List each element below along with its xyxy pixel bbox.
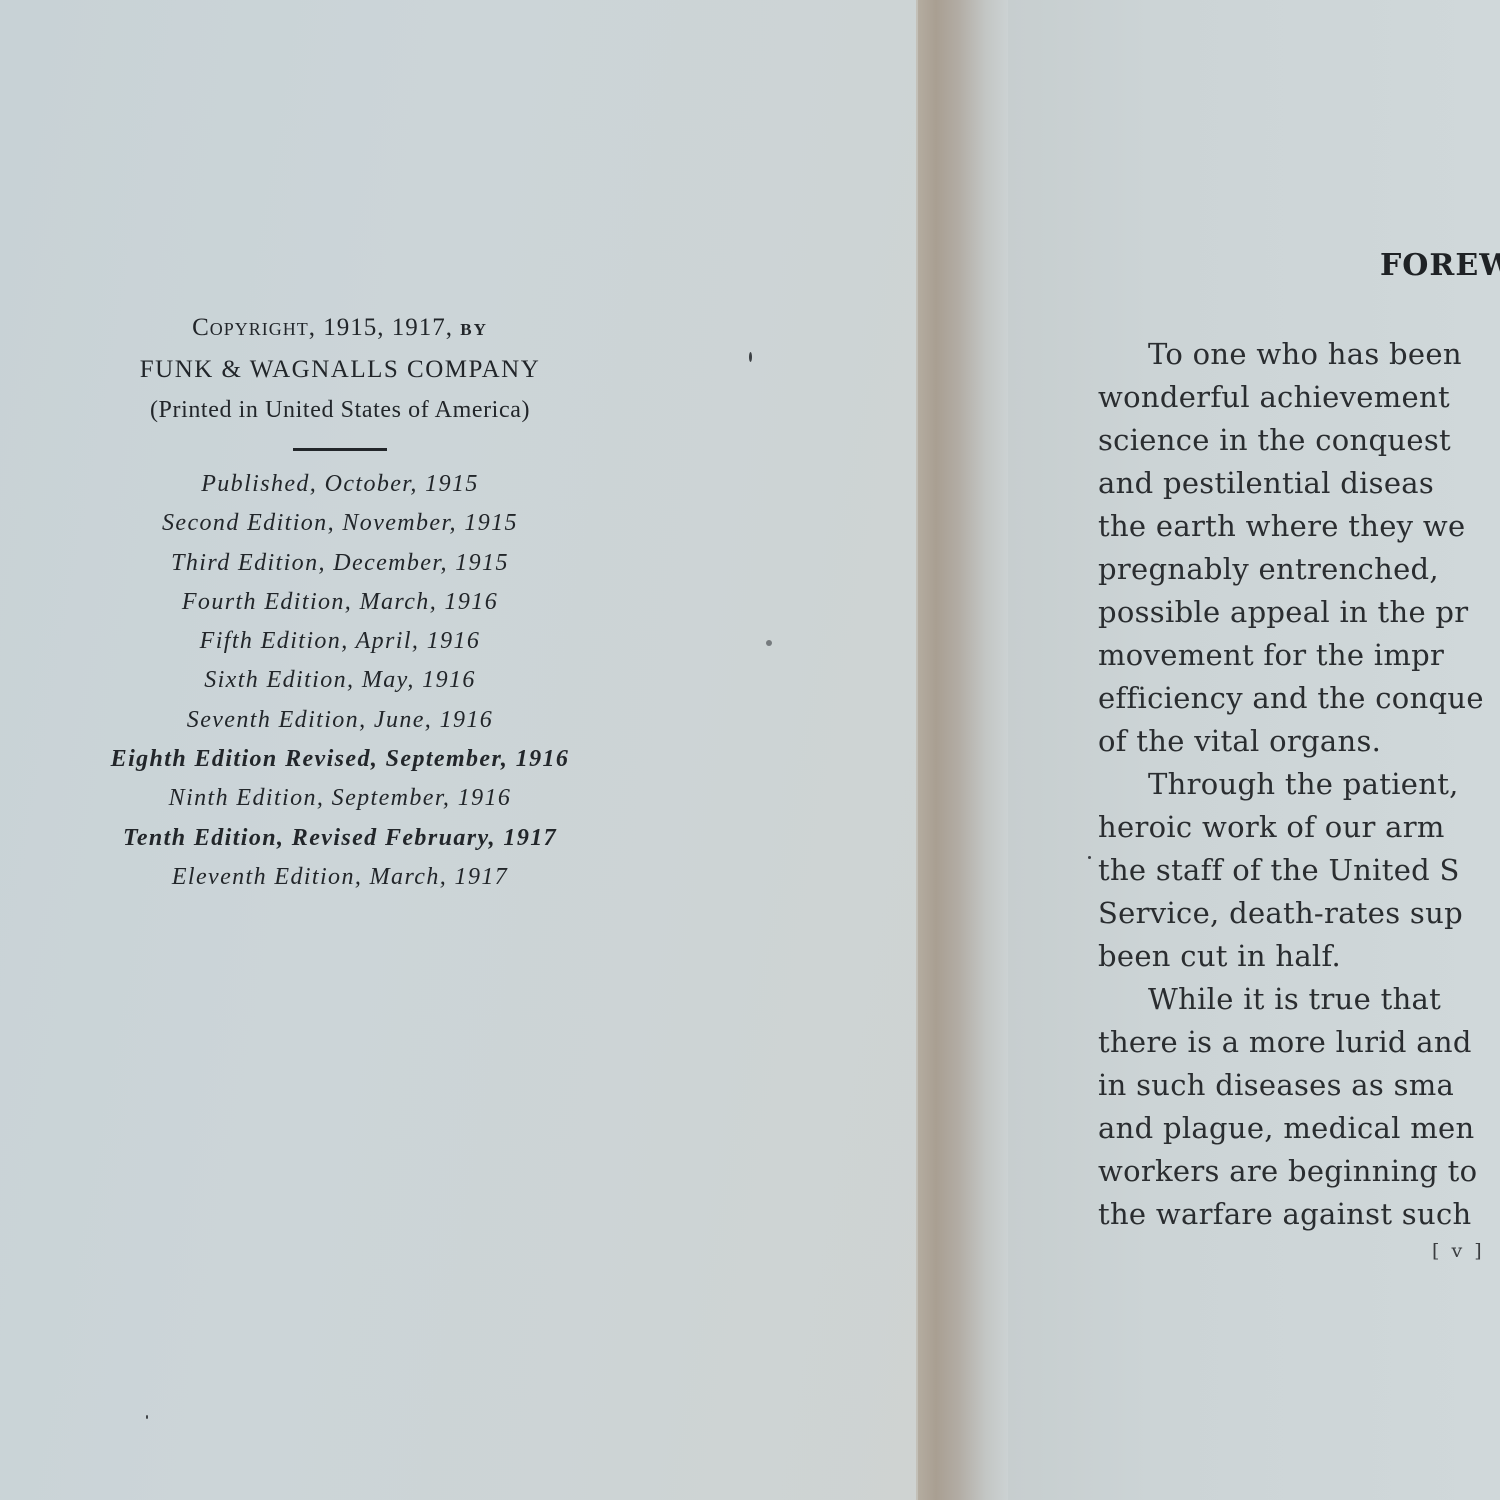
copyright-label: Copyright, (192, 314, 316, 341)
foreword-line: efficiency and the conque (1098, 677, 1500, 720)
foreword-line: the earth where they we (1098, 505, 1500, 548)
foreword-line: in such diseases as sma (1098, 1064, 1500, 1107)
foreword-line: the staff of the United S (1098, 849, 1500, 892)
foreword-line: and plague, medical men (1098, 1107, 1500, 1150)
foreword-line: While it is true that (1098, 978, 1500, 1021)
divider-rule (293, 448, 387, 451)
edition-item: Tenth Edition, Revised February, 1917 (60, 819, 620, 858)
edition-item: Second Edition, November, 1915 (60, 504, 620, 543)
edition-item: Published, October, 1915 (60, 465, 620, 504)
foreword-line: science in the conquest (1098, 419, 1500, 462)
page-number: [ v ] (1432, 1240, 1485, 1262)
paper-speck (1088, 856, 1091, 859)
edition-item: Fourth Edition, March, 1916 (60, 583, 620, 622)
paper-speck (766, 640, 772, 646)
copyright-by: BY (460, 320, 488, 339)
copyright-line: Copyright, 1915, 1917, BY (60, 308, 620, 350)
edition-item: Fifth Edition, April, 1916 (60, 622, 620, 661)
paper-speck (749, 352, 752, 362)
publisher-name: FUNK & WAGNALLS COMPANY (60, 350, 620, 390)
edition-item: Seventh Edition, June, 1916 (60, 701, 620, 740)
foreword-line: Service, death-rates sup (1098, 892, 1500, 935)
book-gutter (918, 0, 1008, 1500)
foreword-body: To one who has been wonderful achievemen… (1098, 333, 1500, 1236)
edition-item: Third Edition, December, 1915 (60, 544, 620, 583)
edition-item: Eleventh Edition, March, 1917 (60, 858, 620, 897)
paper-speck (146, 1415, 148, 1419)
foreword-line: possible appeal in the pr (1098, 591, 1500, 634)
foreword-title: FOREW (1380, 248, 1500, 283)
foreword-line: Through the patient, (1098, 763, 1500, 806)
foreword-line: of the vital organs. (1098, 720, 1500, 763)
foreword-line: movement for the impr (1098, 634, 1500, 677)
edition-list: Published, October, 1915 Second Edition,… (60, 465, 620, 897)
copyright-years: 1915, 1917, (323, 314, 453, 341)
printed-in: (Printed in United States of America) (60, 390, 620, 430)
foreword-line: To one who has been (1098, 333, 1500, 376)
foreword-line: heroic work of our arm (1098, 806, 1500, 849)
copyright-block: Copyright, 1915, 1917, BY FUNK & WAGNALL… (60, 308, 620, 897)
edition-item: Sixth Edition, May, 1916 (60, 661, 620, 700)
foreword-line: been cut in half. (1098, 935, 1500, 978)
edition-item: Ninth Edition, September, 1916 (60, 779, 620, 818)
edition-item: Eighth Edition Revised, September, 1916 (60, 740, 620, 779)
foreword-line: wonderful achievement (1098, 376, 1500, 419)
foreword-line: workers are beginning to (1098, 1150, 1500, 1193)
foreword-line: pregnably entrenched, (1098, 548, 1500, 591)
foreword-line: and pestilential diseas (1098, 462, 1500, 505)
foreword-line: the warfare against such (1098, 1193, 1500, 1236)
foreword-line: there is a more lurid and (1098, 1021, 1500, 1064)
